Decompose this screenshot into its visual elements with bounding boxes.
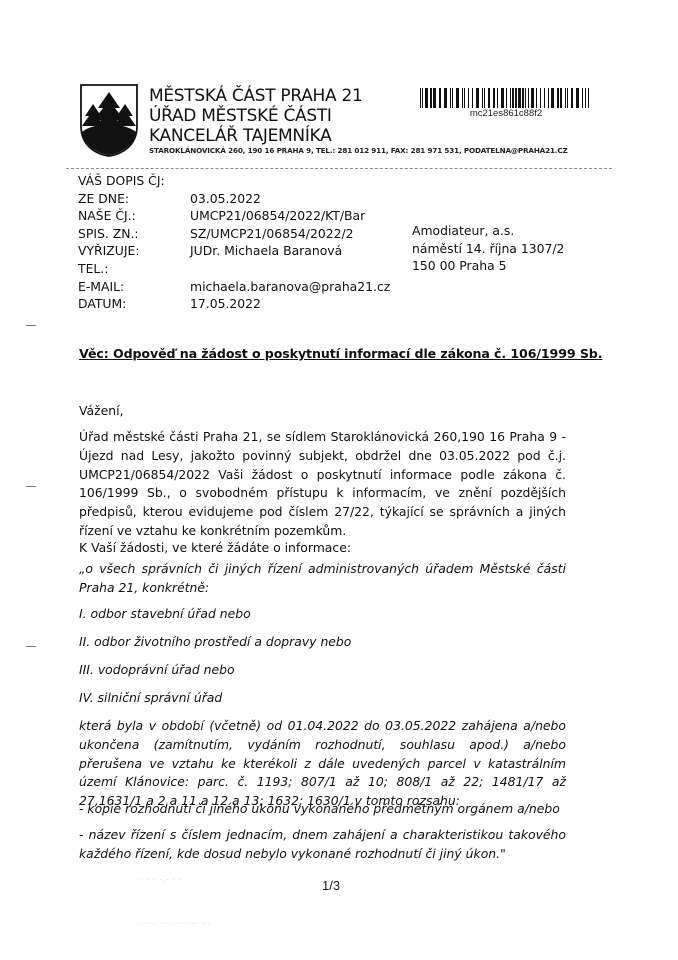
meta-label: ZE DNE: (78, 190, 190, 208)
meta-label: DATUM: (78, 295, 190, 313)
meta-row: TEL.: (78, 260, 390, 278)
request-bullet: - název řízení s číslem jednacím, dnem z… (79, 826, 566, 864)
meta-value: 03.05.2022 (190, 190, 261, 208)
fold-mark (26, 486, 36, 487)
barcode-text: mc21es861c88f2 (420, 108, 592, 119)
meta-value: michaela.baranova@praha21.cz (190, 278, 390, 296)
recipient-street: náměstí 14. října 1307/2 (412, 240, 564, 258)
meta-label: E-MAIL: (78, 278, 190, 296)
meta-label: TEL.: (78, 260, 190, 278)
request-item: II. odbor životního prostředí a dopravy … (79, 633, 566, 652)
org-name-line3: KANCELÁŘ TAJEMNÍKA (149, 126, 331, 146)
faded-stamp: · · · ·.· · · (140, 876, 182, 884)
meta-label: NAŠE ČJ.: (78, 207, 190, 225)
fold-mark (26, 325, 36, 326)
meta-row: ZE DNE:03.05.2022 (78, 190, 390, 208)
meta-value: 17.05.2022 (190, 295, 261, 313)
letter-subject: Věc: Odpověď na žádost o poskytnutí info… (79, 346, 602, 361)
meta-value: JUDr. Michaela Baranová (190, 242, 342, 260)
request-bullet: - kopie rozhodnutí či jiného úkonu vykon… (79, 800, 566, 819)
meta-row: SPIS. ZN.:SZ/UMCP21/06854/2022/2 (78, 225, 390, 243)
org-address: STAROKLÁNOVICKÁ 260, 190 16 PRAHA 9, TEL… (149, 146, 568, 155)
header-divider (66, 168, 612, 169)
coat-of-arms-trees-icon (78, 82, 140, 158)
greeting: Vážení, (79, 402, 566, 421)
meta-label: VÁŠ DOPIS ČJ: (78, 172, 190, 190)
recipient-address: Amodiateur, a.s. náměstí 14. října 1307/… (412, 222, 564, 275)
barcode-icon (420, 88, 592, 108)
meta-row: VÁŠ DOPIS ČJ: (78, 172, 390, 190)
meta-value: UMCP21/06854/2022/KT/Bar (190, 207, 365, 225)
recipient-name: Amodiateur, a.s. (412, 222, 564, 240)
meta-value: SZ/UMCP21/06854/2022/2 (190, 225, 354, 243)
request-item: III. vodoprávní úřad nebo (79, 661, 566, 680)
org-name-line1: MĚSTSKÁ ČÁST PRAHA 21 (149, 86, 363, 106)
body-paragraph: K Vaší žádosti, ve které žádáte o inform… (79, 539, 566, 558)
faded-stamp: ····· ··· ········ ··· (140, 920, 211, 928)
request-item: I. odbor stavební úřad nebo (79, 605, 566, 624)
quoted-request: „o všech správních či jiných řízení admi… (79, 560, 566, 598)
meta-label: VYŘIZUJE: (78, 242, 190, 260)
org-name-line2: ÚŘAD MĚSTSKÉ ČÁSTI (149, 106, 332, 126)
recipient-city: 150 00 Praha 5 (412, 257, 564, 275)
meta-label: SPIS. ZN.: (78, 225, 190, 243)
letter-meta: VÁŠ DOPIS ČJ: ZE DNE:03.05.2022 NAŠE ČJ.… (78, 172, 390, 313)
quoted-request-scope: která byla v období (včetně) od 01.04.20… (79, 717, 566, 811)
request-item: IV. silniční správní úřad (79, 689, 566, 708)
body-paragraph: Úřad městské části Praha 21, se sídlem S… (79, 428, 566, 541)
meta-row: NAŠE ČJ.:UMCP21/06854/2022/KT/Bar (78, 207, 390, 225)
meta-row: VYŘIZUJE:JUDr. Michaela Baranová (78, 242, 390, 260)
fold-mark (26, 646, 36, 647)
meta-row: E-MAIL:michaela.baranova@praha21.cz (78, 278, 390, 296)
meta-row: DATUM:17.05.2022 (78, 295, 390, 313)
page-number: 1/3 (322, 878, 340, 893)
